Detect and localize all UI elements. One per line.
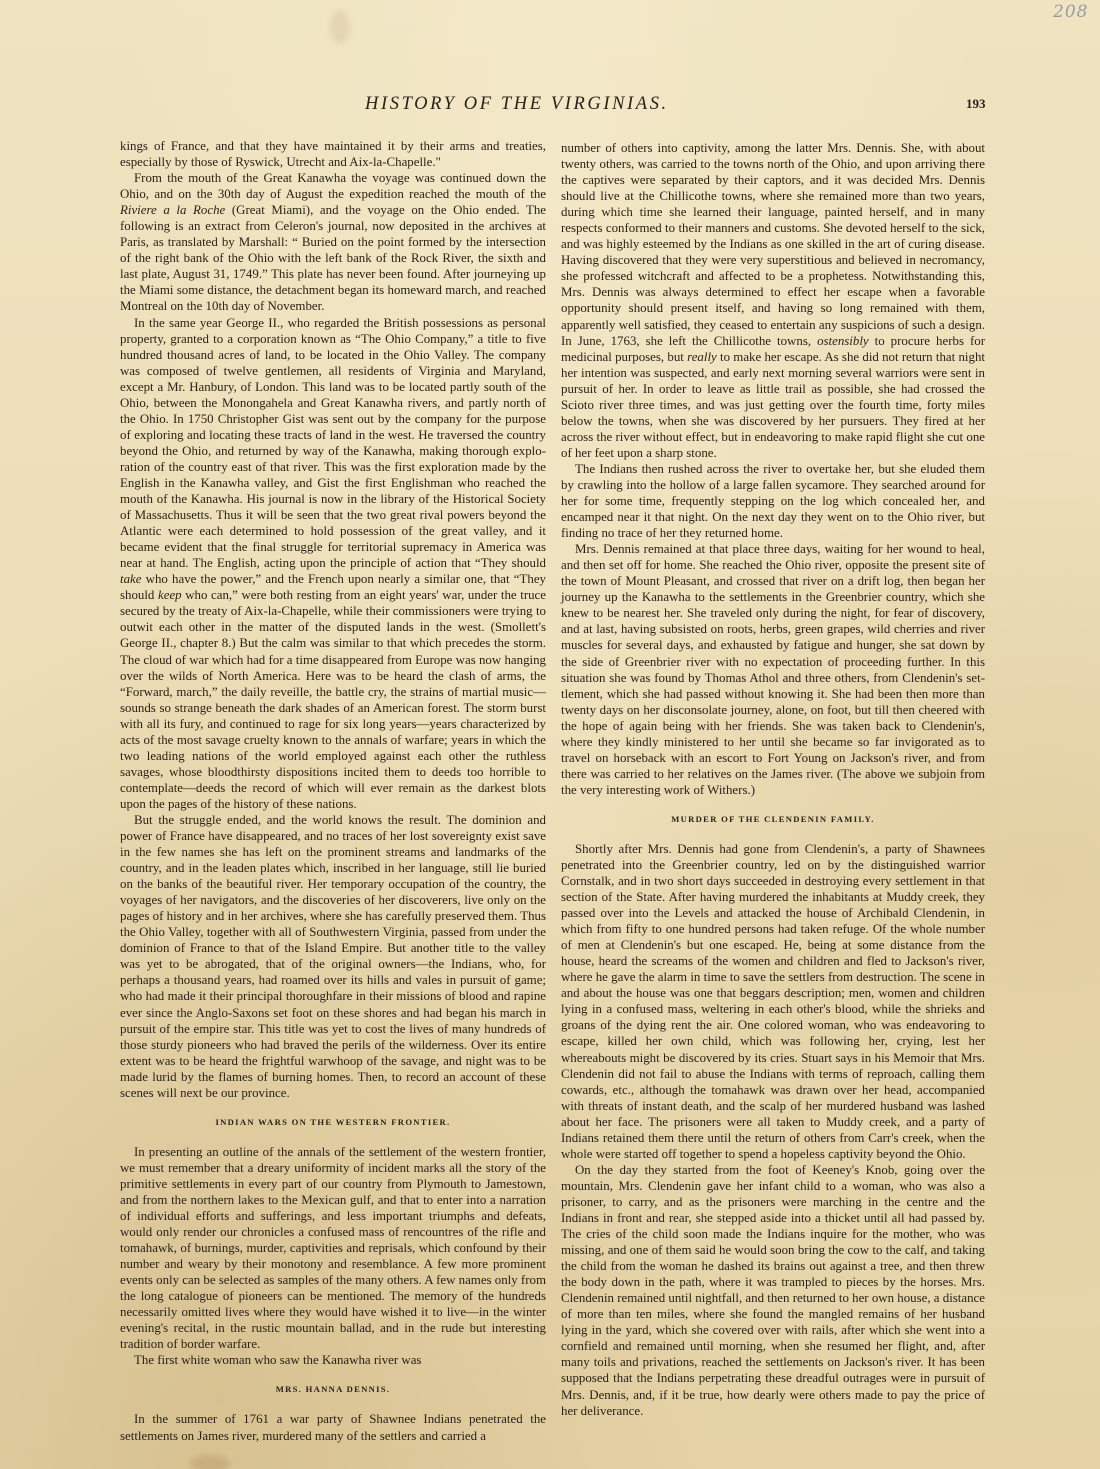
italic-phrase: keep (158, 588, 182, 602)
italic-phrase: take (120, 572, 141, 586)
text-run: who can,” were both resting from an eigh… (120, 588, 546, 811)
paragraph: But the struggle ended, and the world kn… (120, 812, 546, 1101)
paragraph: kings of France, and that they have main… (120, 138, 546, 170)
paragraph: In presenting an outline of the annals o… (120, 1144, 546, 1353)
section-heading-indian-wars: INDIAN WARS ON THE WESTERN FRONTIER. (120, 1116, 546, 1128)
paper-stain (190, 1455, 230, 1469)
paragraph: On the day they started from the foot of… (561, 1162, 985, 1419)
text-run: From the mouth of the Great Kanawha the … (120, 171, 546, 201)
paragraph: The first white woman who saw the Kanawh… (120, 1352, 546, 1368)
text-run: number of others into captivity, among t… (561, 141, 985, 348)
italic-phrase: really (687, 350, 717, 364)
paragraph: From the mouth of the Great Kanawha the … (120, 170, 546, 314)
paragraph: number of others into captivity, among t… (561, 140, 985, 461)
paragraph: Mrs. Dennis remained at that place three… (561, 541, 985, 798)
clendenin-paragraphs: Shortly after Mrs. Dennis had gone from … (561, 841, 985, 1419)
italic-phrase: Riviere a la Roche (120, 203, 225, 217)
left-column: kings of France, and that they have main… (120, 138, 546, 1444)
page-number: 193 (966, 96, 986, 112)
paragraph: The Indians then rushed across the river… (561, 461, 985, 541)
scanned-page: 208 HISTORY OF THE VIRGINIAS. 193 kings … (0, 0, 1100, 1469)
hanna-dennis-paragraphs: In the summer of 1761 a war party of Sha… (120, 1411, 546, 1443)
paper-stain (330, 10, 350, 44)
paragraph: Shortly after Mrs. Dennis had gone from … (561, 841, 985, 1162)
left-paragraphs: kings of France, and that they have main… (120, 138, 546, 1101)
paragraph: In the summer of 1761 a war party of Sha… (120, 1411, 546, 1443)
italic-phrase: ostensibly (817, 334, 869, 348)
right-paragraphs: number of others into captivity, among t… (561, 140, 985, 798)
paragraph: In the same year George II., who regarde… (120, 315, 546, 812)
text-run: In the same year George II., who regarde… (120, 316, 546, 571)
right-column: number of others into captivity, among t… (561, 140, 985, 1419)
handwritten-page-note: 208 (1053, 2, 1088, 22)
section-heading-hanna-dennis: MRS. HANNA DENNIS. (120, 1383, 546, 1395)
text-run: to make her escape. As she did not retur… (561, 350, 985, 460)
running-head: HISTORY OF THE VIRGINIAS. (365, 94, 669, 115)
indian-wars-paragraphs: In presenting an outline of the annals o… (120, 1144, 546, 1369)
text-run: (Great Miami), and the voyage on the Ohi… (120, 203, 546, 313)
section-heading-clendenin-family: MURDER OF THE CLENDENIN FAMILY. (561, 813, 985, 825)
